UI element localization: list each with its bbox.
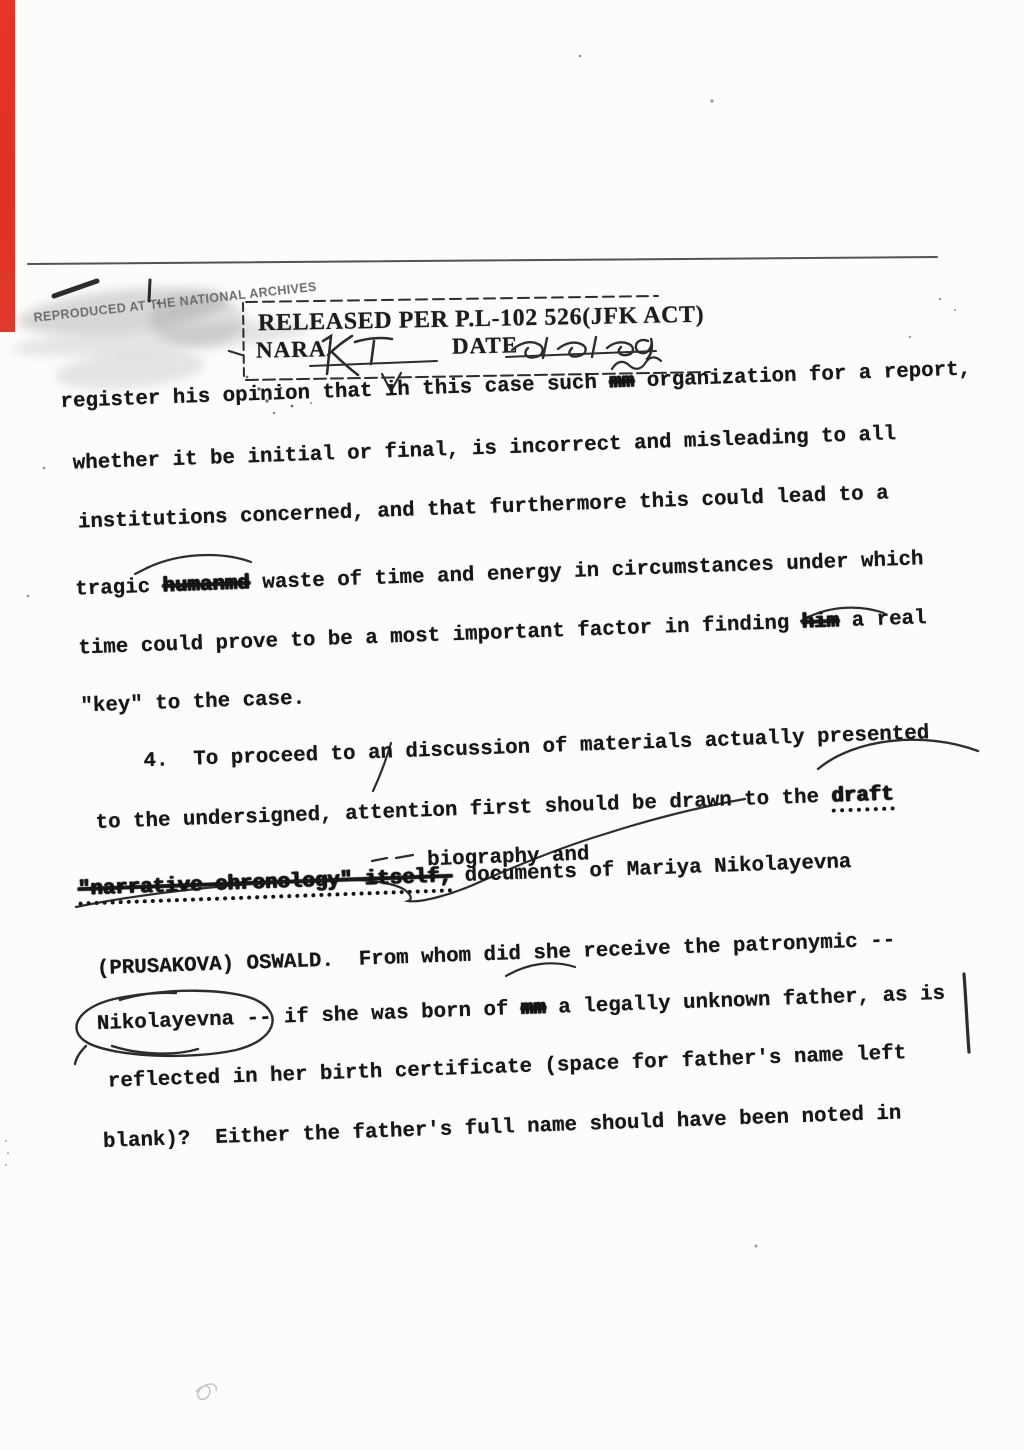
struck-text: mm [521, 997, 547, 1021]
struck-text: him [801, 610, 839, 634]
typed-text: "key" to the case. [80, 687, 305, 718]
typed-text: 4. To proceed to a [143, 742, 381, 773]
typed-line: 4. To proceed to an discussion of materi… [143, 722, 930, 774]
struck-text: mm [609, 370, 635, 394]
edge-specks [5, 1140, 9, 1166]
struck-text: "narrative chronology" itself, [78, 865, 453, 905]
typed-line: time could prove to be a most important … [78, 607, 927, 661]
typed-text: time could prove to be a most important … [78, 612, 802, 661]
scanned-document-page: REPRODUCED AT THE NATIONAL ARCHIVES RELE… [0, 0, 1024, 1450]
nara-label: NARA [256, 336, 327, 363]
faint-pencil-scribble [196, 1384, 216, 1399]
typed-text: a real [839, 607, 927, 633]
typed-line: (PRUSAKOVA) OSWALD. From whom did she re… [97, 929, 896, 981]
pen-slashed-letter: n [380, 741, 393, 764]
typed-line: tragic humanmd waste of time and energy … [75, 548, 924, 602]
nara-underline [310, 361, 437, 366]
typed-text: blank)? Either the father's full name sh… [103, 1102, 902, 1154]
typed-text: organization for a report, [634, 358, 972, 393]
struck-text: humanmd [162, 572, 250, 598]
typed-text: a legally unknown father, as is [546, 983, 946, 1020]
typed-line: reflected in her birth certificate (spac… [108, 1042, 907, 1094]
handwritten-initials [323, 336, 392, 375]
red-margin-bar [0, 0, 15, 332]
typed-text: whether it be initial or final, is incor… [72, 423, 896, 475]
typed-text: -- if she was born of [234, 998, 522, 1031]
typed-text: to the undersigned, attention first shou… [95, 786, 832, 835]
typed-line: blank)? Either the father's full name sh… [103, 1102, 902, 1154]
typed-line: to the undersigned, attention first shou… [95, 783, 894, 835]
date-label: DATE [452, 332, 519, 359]
typed-line: Nikolayevna -- if she was born of mm a l… [96, 983, 945, 1037]
typed-text: discussion of materials actually present… [393, 722, 930, 764]
typed-line: whether it be initial or final, is incor… [72, 423, 896, 476]
typed-text-block: register his opinion that ih this case s… [60, 350, 1024, 1215]
stamp-left-tick [229, 351, 242, 355]
typed-text: institutions concerned, and that further… [78, 482, 890, 534]
typed-line: "key" to the case. [80, 687, 305, 719]
circled-word: Nikolayevna [96, 1008, 234, 1036]
typed-line: institutions concerned, and that further… [78, 482, 890, 535]
typed-text: (PRUSAKOVA) OSWALD. From whom did she re… [97, 929, 896, 981]
handwritten-date-scribble [512, 337, 652, 359]
typed-text: reflected in her birth certificate (spac… [108, 1042, 907, 1094]
typed-text: tragic [75, 575, 163, 601]
divider-line [28, 257, 937, 264]
date-underline [506, 351, 656, 357]
typed-text: waste of time and energy in circumstance… [250, 548, 924, 595]
released-per-jfk-act-stamp: RELEASED PER P.L-102 526(JFK ACT) [258, 302, 705, 338]
overtyped-word: draft [831, 783, 894, 812]
